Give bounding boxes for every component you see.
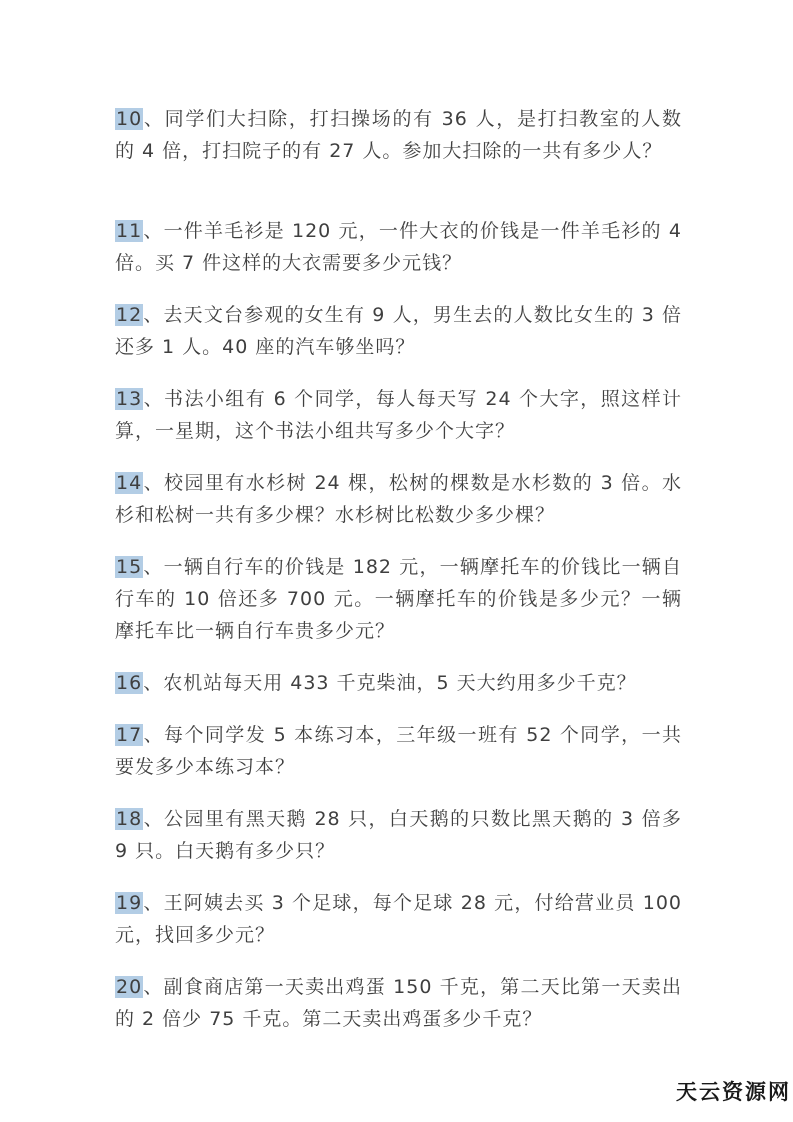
problem-number-highlight: 19	[115, 892, 143, 914]
problem-text: 、副食商店第一天卖出鸡蛋 150 千克，第二天比第一天卖出的 2 倍少 75 千…	[115, 976, 682, 1030]
problem-item-18: 18、公园里有黑天鹅 28 只，白天鹅的只数比黑天鹅的 3 倍多 9 只。白天鹅…	[115, 803, 682, 867]
problem-item-10: 10、同学们大扫除，打扫操场的有 36 人，是打扫教室的人数的 4 倍，打扫院子…	[115, 103, 682, 167]
problem-number-highlight: 12	[115, 304, 143, 326]
problem-text: 、农机站每天用 433 千克柴油，5 天大约用多少千克？	[143, 672, 636, 694]
problem-number-highlight: 15	[115, 556, 143, 578]
problem-text: 、校园里有水杉树 24 棵，松树的棵数是水杉数的 3 倍。水杉和松树一共有多少棵…	[115, 472, 682, 526]
problem-text: 、一辆自行车的价钱是 182 元，一辆摩托车的价钱比一辆自行车的 10 倍还多 …	[115, 556, 682, 642]
problem-item-13: 13、书法小组有 6 个同学，每人每天写 24 个大字，照这样计算，一星期，这个…	[115, 383, 682, 447]
site-watermark: 天云资源网	[676, 1076, 791, 1106]
problem-text: 、同学们大扫除，打扫操场的有 36 人，是打扫教室的人数的 4 倍，打扫院子的有…	[115, 108, 682, 162]
problem-number-highlight: 17	[115, 724, 143, 746]
problem-item-15: 15、一辆自行车的价钱是 182 元，一辆摩托车的价钱比一辆自行车的 10 倍还…	[115, 551, 682, 647]
problem-item-20: 20、副食商店第一天卖出鸡蛋 150 千克，第二天比第一天卖出的 2 倍少 75…	[115, 971, 682, 1035]
problem-item-17: 17、每个同学发 5 本练习本，三年级一班有 52 个同学，一共要发多少本练习本…	[115, 719, 682, 783]
problem-item-16: 16、农机站每天用 433 千克柴油，5 天大约用多少千克？	[115, 667, 682, 699]
problem-number-highlight: 10	[115, 108, 143, 130]
problem-item-12: 12、去天文台参观的女生有 9 人，男生去的人数比女生的 3 倍还多 1 人。4…	[115, 299, 682, 363]
problem-number-highlight: 20	[115, 976, 143, 998]
problem-item-11: 11、一件羊毛衫是 120 元，一件大衣的价钱是一件羊毛衫的 4 倍。买 7 件…	[115, 215, 682, 279]
problem-text: 、王阿姨去买 3 个足球，每个足球 28 元，付给营业员 100 元，找回多少元…	[115, 892, 682, 946]
problem-item-19: 19、王阿姨去买 3 个足球，每个足球 28 元，付给营业员 100 元，找回多…	[115, 887, 682, 951]
problem-number-highlight: 14	[115, 472, 143, 494]
problem-item-14: 14、校园里有水杉树 24 棵，松树的棵数是水杉数的 3 倍。水杉和松树一共有多…	[115, 467, 682, 531]
problem-text: 、一件羊毛衫是 120 元，一件大衣的价钱是一件羊毛衫的 4 倍。买 7 件这样…	[115, 220, 682, 274]
problem-text: 、去天文台参观的女生有 9 人，男生去的人数比女生的 3 倍还多 1 人。40 …	[115, 304, 682, 358]
document-page: 10、同学们大扫除，打扫操场的有 36 人，是打扫教室的人数的 4 倍，打扫院子…	[0, 0, 793, 1122]
problem-text: 、每个同学发 5 本练习本，三年级一班有 52 个同学，一共要发多少本练习本？	[115, 724, 682, 778]
problem-number-highlight: 13	[115, 388, 143, 410]
problem-list: 10、同学们大扫除，打扫操场的有 36 人，是打扫教室的人数的 4 倍，打扫院子…	[115, 103, 682, 1055]
problem-number-highlight: 11	[115, 220, 143, 242]
problem-number-highlight: 16	[115, 672, 143, 694]
problem-text: 、书法小组有 6 个同学，每人每天写 24 个大字，照这样计算，一星期，这个书法…	[115, 388, 682, 442]
problem-number-highlight: 18	[115, 808, 143, 830]
problem-text: 、公园里有黑天鹅 28 只，白天鹅的只数比黑天鹅的 3 倍多 9 只。白天鹅有多…	[115, 808, 682, 862]
